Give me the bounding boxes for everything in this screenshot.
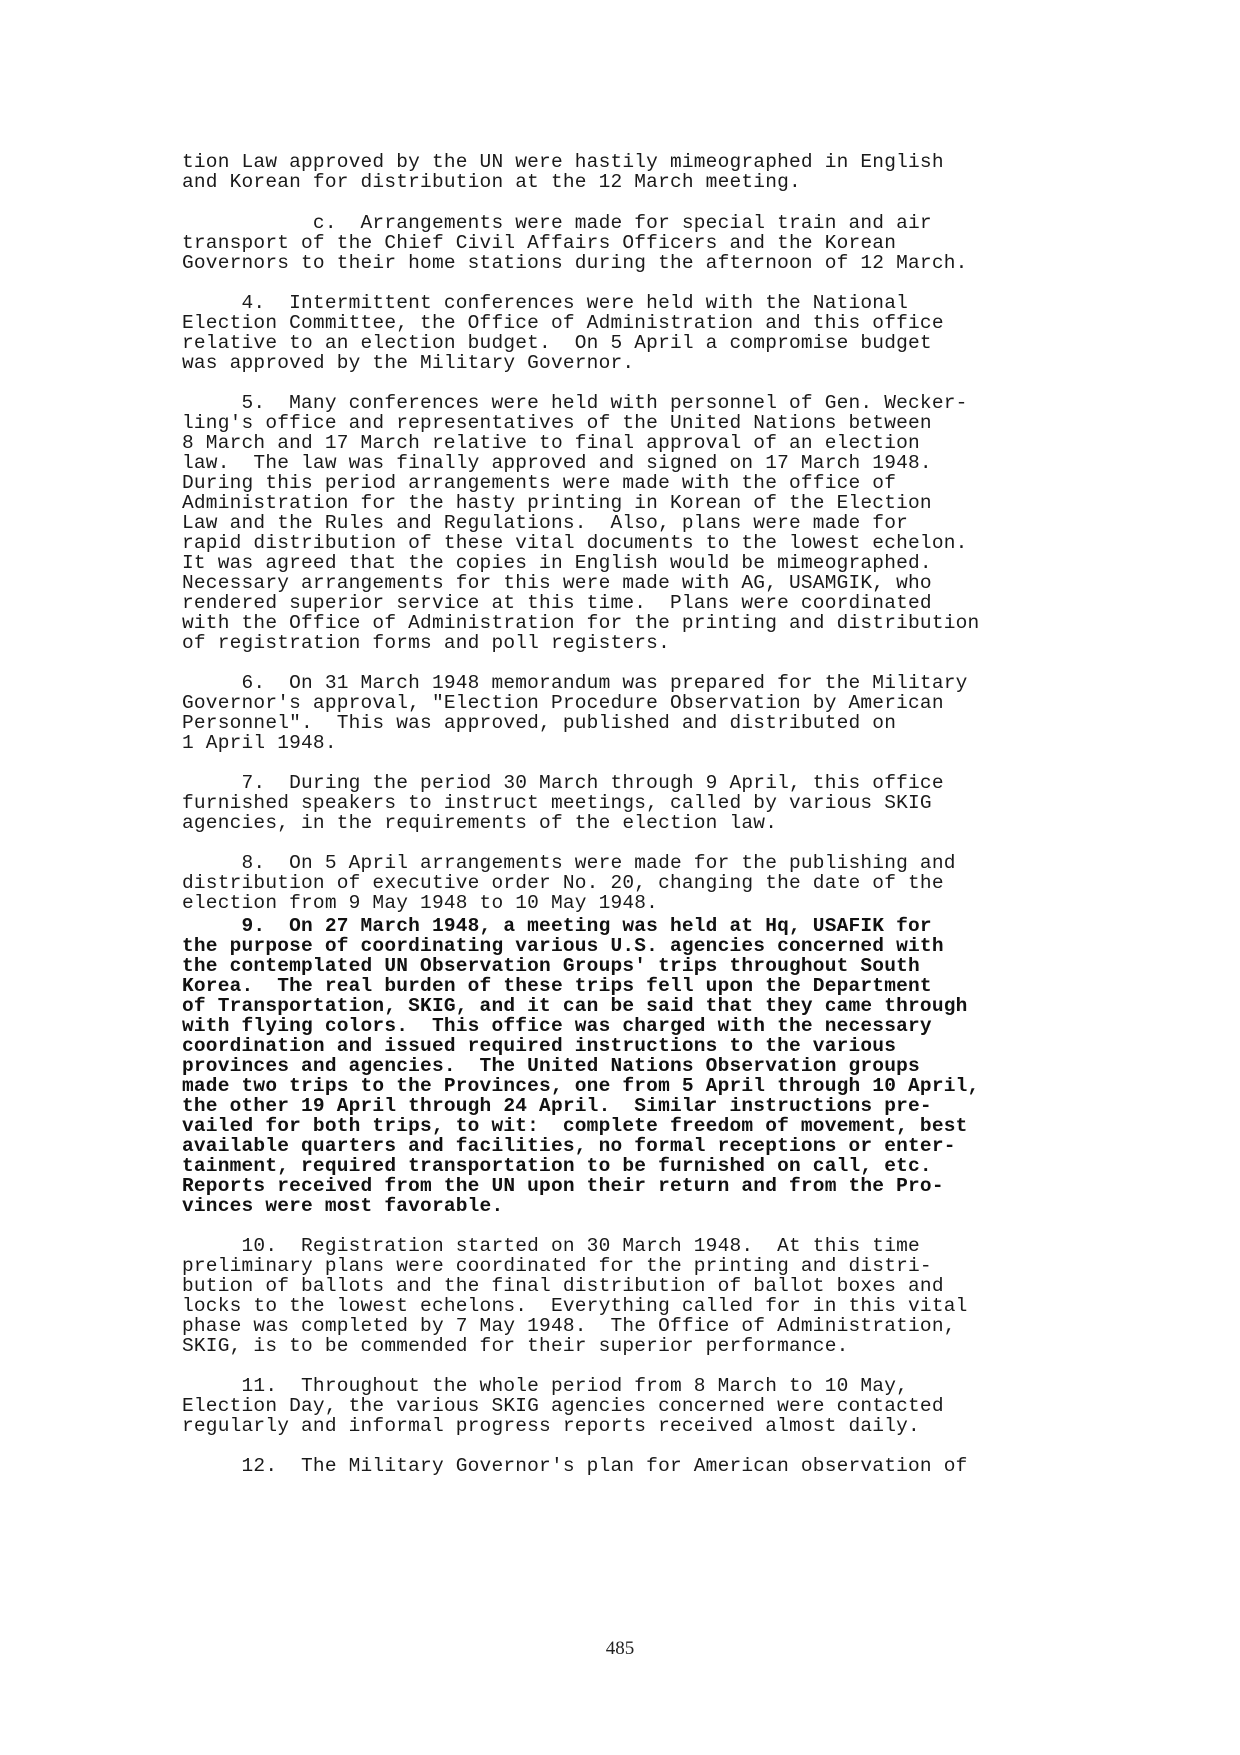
- text-line: the contemplated UN Observation Groups' …: [182, 956, 920, 976]
- text-line: agencies, in the requirements of the ele…: [182, 813, 777, 833]
- text-line: tainment, required transportation to be …: [182, 1156, 932, 1176]
- text-line: vinces were most favorable.: [182, 1196, 503, 1216]
- text-line: SKIG, is to be commended for their super…: [182, 1336, 849, 1356]
- text-line: vailed for both trips, to wit: complete …: [182, 1116, 968, 1136]
- text-line: locks to the lowest echelons. Everything…: [182, 1296, 968, 1316]
- text-line: 8. On 5 April arrangements were made for…: [182, 853, 956, 873]
- text-line: ling's office and representatives of the…: [182, 413, 932, 433]
- text-line: 11. Throughout the whole period from 8 M…: [182, 1376, 908, 1396]
- text-line: distribution of executive order No. 20, …: [182, 873, 944, 893]
- text-line: 6. On 31 March 1948 memorandum was prepa…: [182, 673, 968, 693]
- text-line: with flying colors. This office was char…: [182, 1016, 932, 1036]
- text-line: phase was completed by 7 May 1948. The O…: [182, 1316, 956, 1336]
- text-line: 7. During the period 30 March through 9 …: [182, 773, 944, 793]
- text-line: provinces and agencies. The United Natio…: [182, 1056, 920, 1076]
- text-line: the other 19 April through 24 April. Sim…: [182, 1096, 932, 1116]
- text-line: bution of ballots and the final distribu…: [182, 1276, 944, 1296]
- text-line: c. Arrangements were made for special tr…: [182, 213, 932, 233]
- text-line: furnished speakers to instruct meetings,…: [182, 793, 932, 813]
- text-line: Law and the Rules and Regulations. Also,…: [182, 513, 908, 533]
- text-line: Governors to their home stations during …: [182, 253, 968, 273]
- text-line: During this period arrangements were mad…: [182, 473, 896, 493]
- text-line: coordination and issued required instruc…: [182, 1036, 896, 1056]
- text-line: 4. Intermittent conferences were held wi…: [182, 293, 908, 313]
- document-page: tion Law approved by the UN were hastily…: [0, 0, 1240, 1755]
- text-line: Election Committee, the Office of Admini…: [182, 313, 944, 333]
- text-line: Necessary arrangements for this were mad…: [182, 573, 932, 593]
- text-line: election from 9 May 1948 to 10 May 1948.: [182, 893, 658, 913]
- text-line: available quarters and facilities, no fo…: [182, 1136, 956, 1156]
- text-line: 9. On 27 March 1948, a meeting was held …: [182, 916, 932, 936]
- text-line: regularly and informal progress reports …: [182, 1416, 920, 1436]
- text-line: It was agreed that the copies in English…: [182, 553, 932, 573]
- text-line: relative to an election budget. On 5 Apr…: [182, 333, 932, 353]
- text-line: Personnel". This was approved, published…: [182, 713, 896, 733]
- text-line: law. The law was finally approved and si…: [182, 453, 932, 473]
- text-line: 10. Registration started on 30 March 194…: [182, 1236, 920, 1256]
- text-line: tion Law approved by the UN were hastily…: [182, 152, 944, 172]
- text-line: of Transportation, SKIG, and it can be s…: [182, 996, 968, 1016]
- text-line: 8 March and 17 March relative to final a…: [182, 433, 920, 453]
- text-line: Reports received from the UN upon their …: [182, 1176, 944, 1196]
- text-line: of registration forms and poll registers…: [182, 633, 670, 653]
- text-line: Election Day, the various SKIG agencies …: [182, 1396, 944, 1416]
- text-line: 1 April 1948.: [182, 733, 337, 753]
- text-line: the purpose of coordinating various U.S.…: [182, 936, 944, 956]
- text-line: Governor's approval, "Election Procedure…: [182, 693, 944, 713]
- text-line: 12. The Military Governor's plan for Ame…: [182, 1456, 968, 1476]
- text-line: made two trips to the Provinces, one fro…: [182, 1076, 979, 1096]
- text-line: Korea. The real burden of these trips fe…: [182, 976, 932, 996]
- page-number: 485: [0, 1638, 1240, 1660]
- text-line: rapid distribution of these vital docume…: [182, 533, 968, 553]
- text-line: 5. Many conferences were held with perso…: [182, 393, 968, 413]
- text-line: Administration for the hasty printing in…: [182, 493, 932, 513]
- text-line: and Korean for distribution at the 12 Ma…: [182, 172, 801, 192]
- text-line: with the Office of Administration for th…: [182, 613, 979, 633]
- text-line: rendered superior service at this time. …: [182, 593, 932, 613]
- text-line: transport of the Chief Civil Affairs Off…: [182, 233, 896, 253]
- text-line: was approved by the Military Governor.: [182, 353, 634, 373]
- text-line: preliminary plans were coordinated for t…: [182, 1256, 932, 1276]
